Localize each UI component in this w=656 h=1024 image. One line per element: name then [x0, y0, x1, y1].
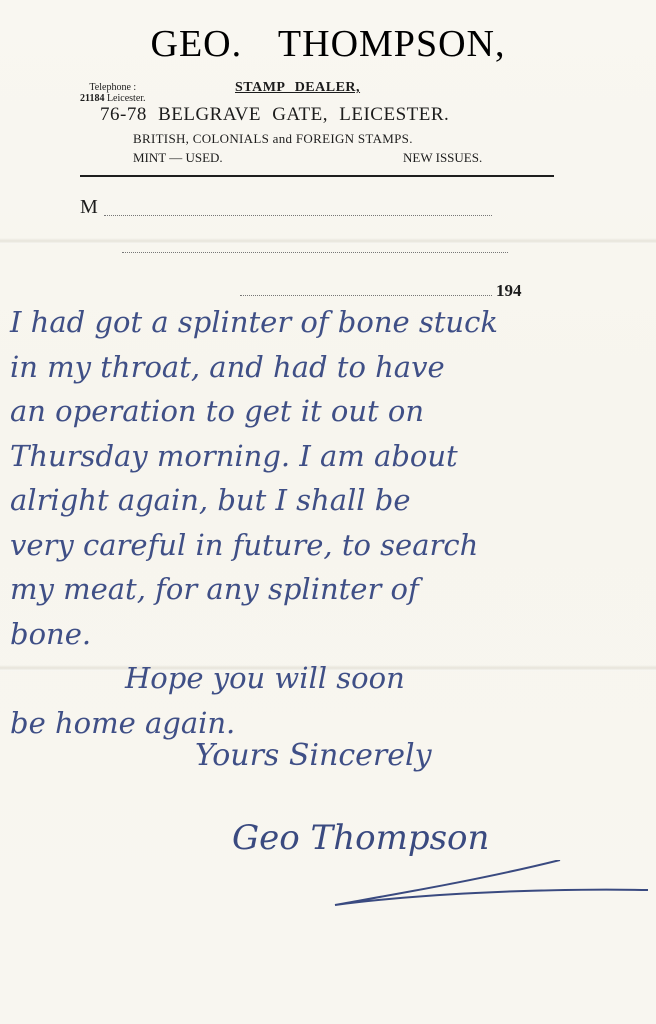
- letterhead-stock-line: MINT — USED. NEW ISSUES.: [133, 150, 513, 166]
- letter-closing: Yours Sincerely: [195, 738, 432, 773]
- year-prefix: 194: [496, 281, 522, 301]
- signature: Geo Thompson: [232, 818, 489, 858]
- letterhead-name: GEO. THOMPSON,: [0, 22, 656, 66]
- letterhead-trade: STAMP DEALER,: [235, 80, 360, 96]
- telephone-number: 21184: [80, 93, 104, 104]
- letter-body: I had got a splinter of bone stuck in my…: [10, 300, 650, 745]
- letter-line: Thursday morning. I am about: [10, 434, 650, 479]
- salutation-prefix: M: [80, 196, 98, 219]
- letter-line: my meat, for any splinter of: [10, 567, 650, 612]
- letterhead-telephone: Telephone : 21184 Leicester.: [80, 82, 146, 104]
- letter-line: Hope you will soon: [10, 656, 650, 701]
- telephone-number-line: 21184 Leicester.: [80, 93, 146, 104]
- letter-line: in my throat, and had to have: [10, 345, 650, 390]
- letterhead-new-issues: NEW ISSUES.: [403, 150, 482, 166]
- letter-line: I had got a splinter of bone stuck: [10, 300, 650, 345]
- letter-line: very careful in future, to search: [10, 523, 650, 568]
- letterhead-mint-used: MINT — USED.: [133, 150, 223, 165]
- signature-flourish-icon: [330, 860, 650, 910]
- letter-line: an operation to get it out on: [10, 389, 650, 434]
- telephone-city: Leicester.: [107, 93, 146, 104]
- address-dotted-line: [122, 252, 508, 253]
- letter-line: alright again, but I shall be: [10, 478, 650, 523]
- recipient-dotted-line: [104, 215, 492, 216]
- letterhead-specialty: BRITISH, COLONIALS and FOREIGN STAMPS.: [133, 131, 413, 147]
- paper-fold-upper: [0, 238, 656, 244]
- letterhead-rule: [80, 175, 554, 177]
- date-dotted-line: [240, 295, 492, 296]
- telephone-label: Telephone :: [80, 82, 146, 93]
- letterhead-address: 76-78 BELGRAVE GATE, LEICESTER.: [100, 104, 449, 126]
- letter-line: bone.: [10, 612, 650, 657]
